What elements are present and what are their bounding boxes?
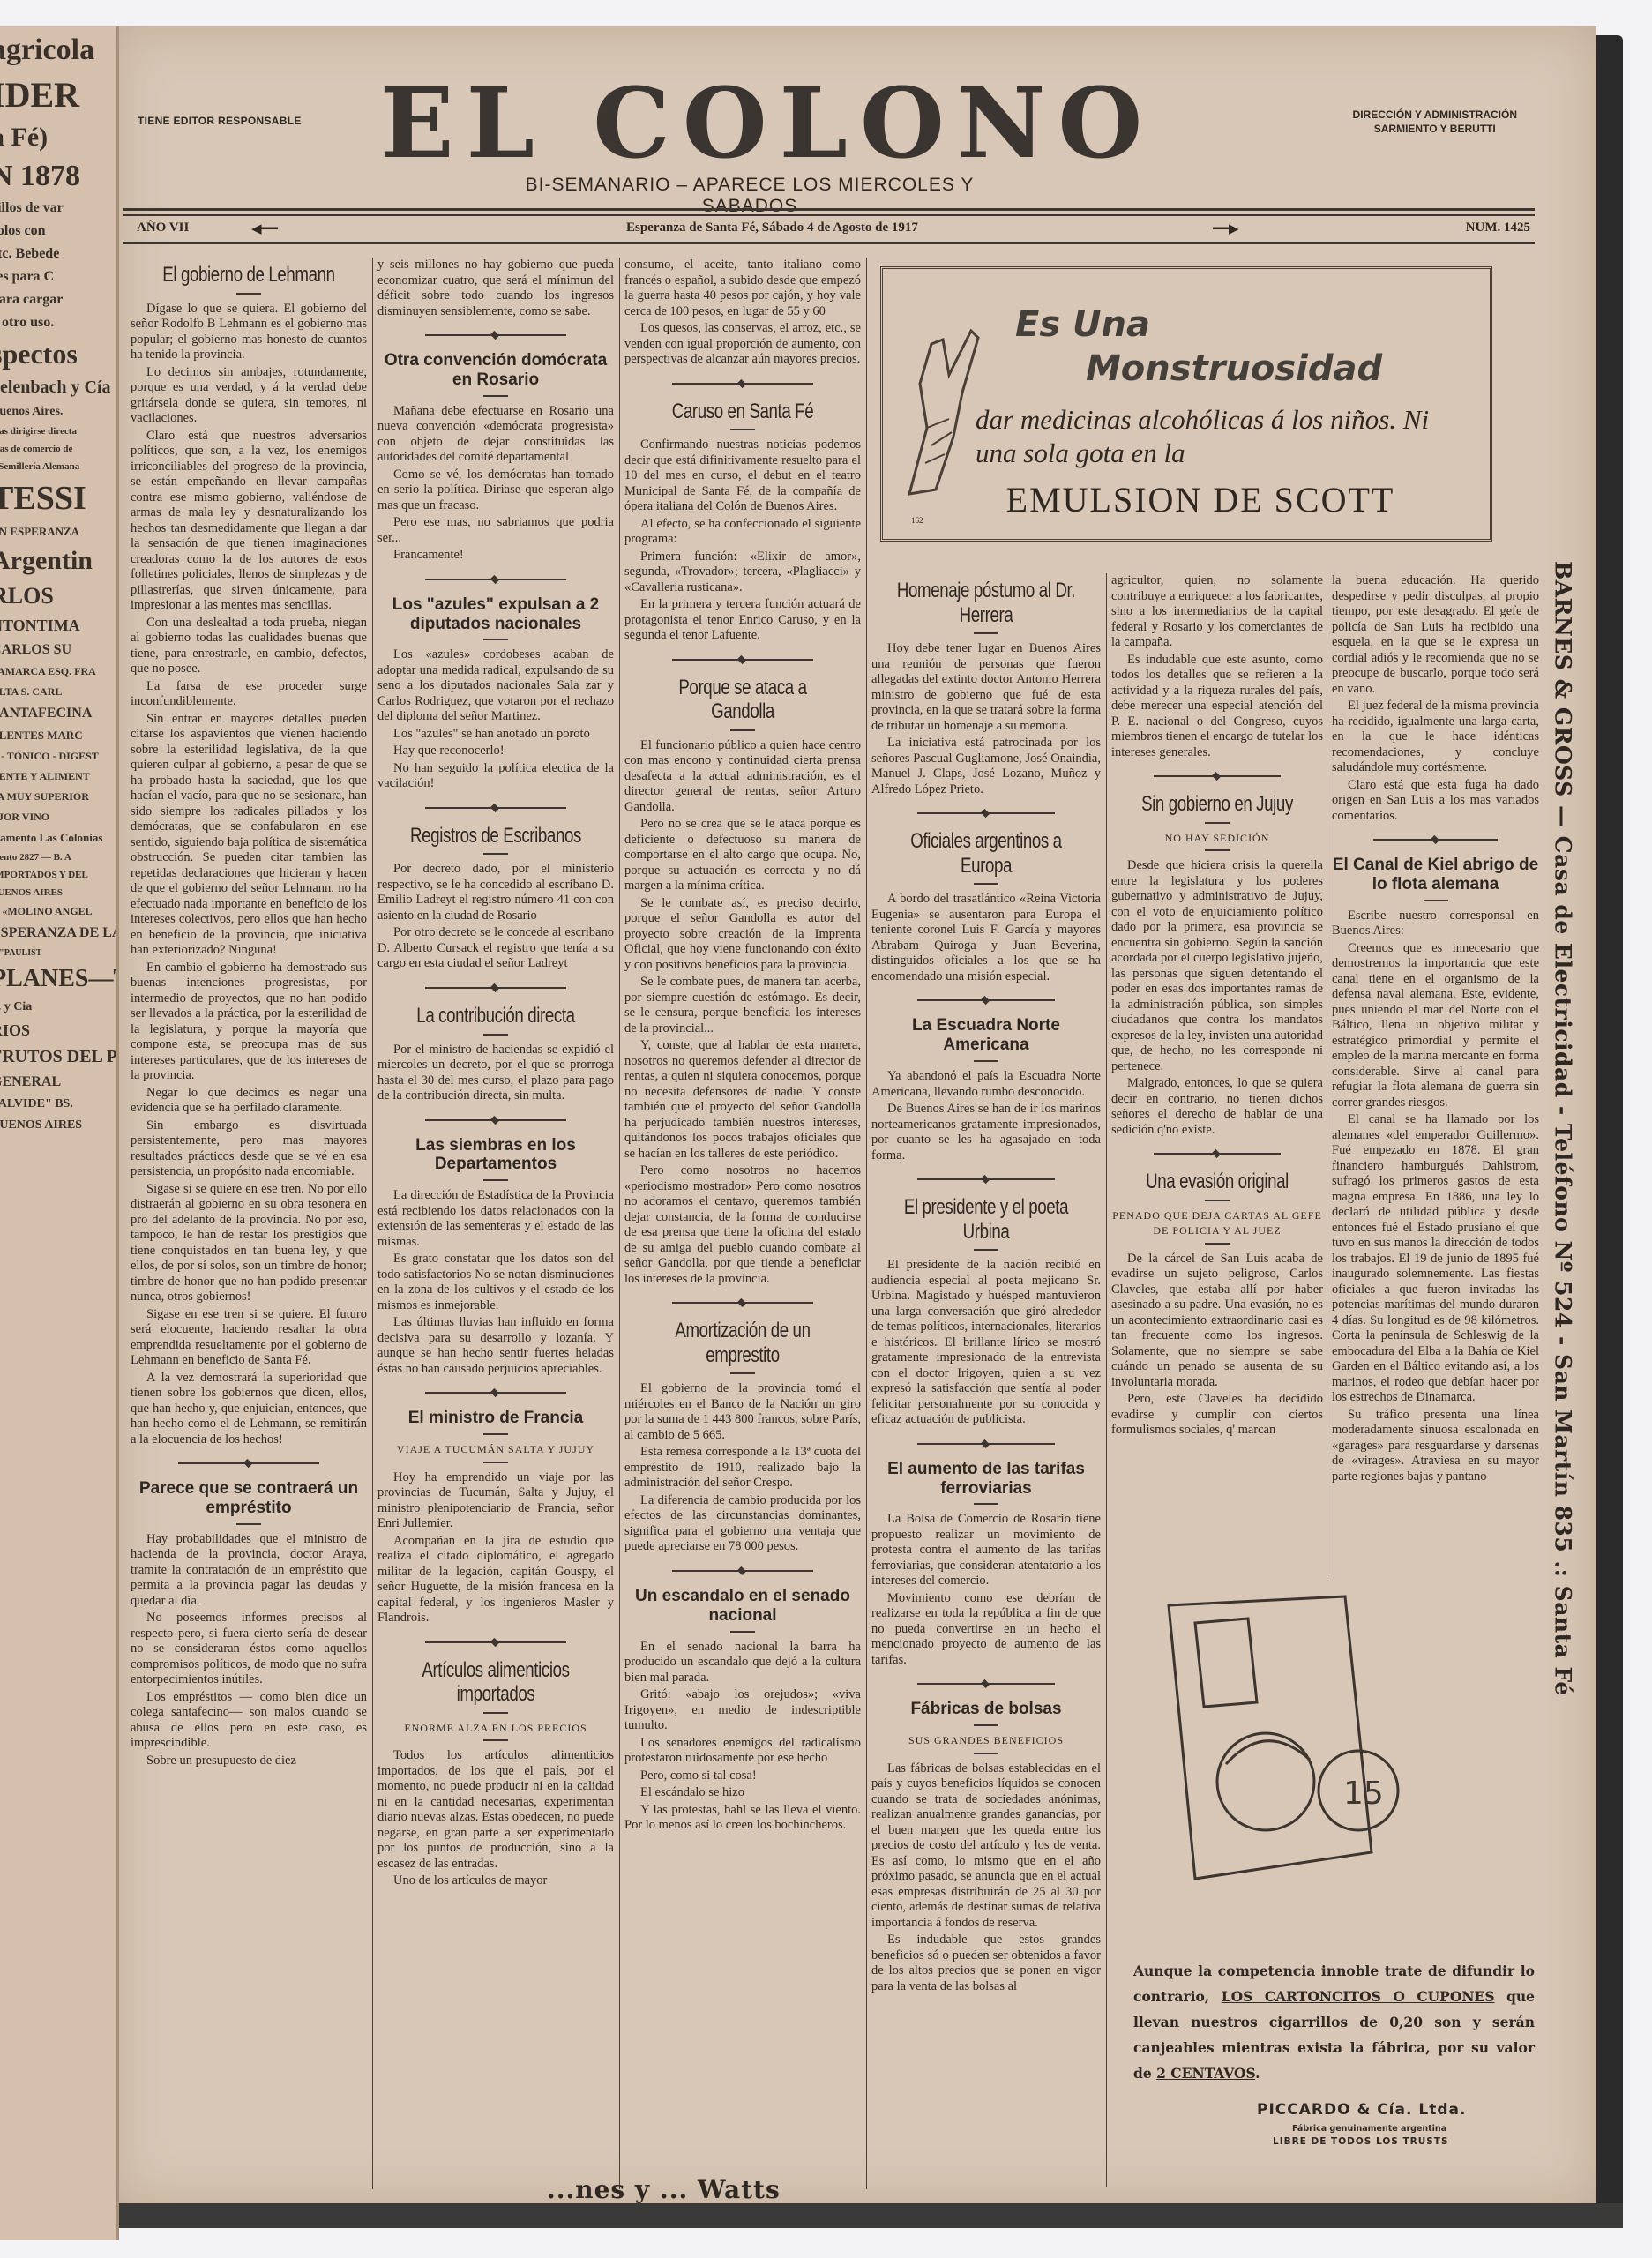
article-headline: Una evasión original: [1134, 1170, 1299, 1194]
article: Parece que se contraerá un empréstitoHay…: [131, 1460, 367, 1768]
article-paragraph: El gobierno de la provincia tomó el miér…: [624, 1381, 861, 1443]
ad-copy-underlined: LOS CARTONCITOS O CUPONES: [1222, 1988, 1495, 2005]
previous-page-fragment: spectos: [0, 338, 116, 370]
article-paragraph: Con una deslealtad a toda prueba, niegan…: [131, 616, 367, 677]
article-paragraph: Se le combate pues, de manera tan acerba…: [624, 975, 861, 1036]
previous-page-fragment: RLOS: [0, 583, 116, 609]
ornament-divider: [425, 1639, 567, 1646]
column-6: la buena educación. Ha querido despedirs…: [1332, 573, 1539, 1486]
article-paragraph: Claro está que nuestros adversarios polí…: [131, 429, 367, 614]
arrow-left-icon: ◀━━: [251, 221, 278, 237]
article: Una evasión originalPENADO QUE DEJA CART…: [1111, 1150, 1323, 1439]
article: Registros de EscribanosPor decreto dado,…: [377, 804, 614, 972]
ad-headline-2: Monstruosidad: [1086, 348, 1382, 389]
article-headline: Un escandalo en el senado nacional: [624, 1587, 861, 1626]
ornament-divider: [425, 332, 567, 339]
previous-page-fragment: rtamento Las Colonias: [0, 831, 116, 845]
article-paragraph: Pero, este Claveles ha decidido evadirse…: [1111, 1392, 1323, 1439]
administration-address: SARMIENTO Y BERUTTI: [1353, 122, 1517, 136]
column-5: agricultor, quien, no solamente contribu…: [1111, 573, 1323, 1440]
ornament-divider: [425, 804, 567, 811]
article: La contribución directaPor el ministro d…: [377, 984, 614, 1104]
cigarette-pack-illustration-icon: 15: [1142, 1588, 1442, 1888]
article: El aumento de las tarifas ferroviariasLa…: [871, 1440, 1101, 1669]
article-paragraph: Esta remesa corresponde a la 13ª cuota d…: [624, 1445, 861, 1492]
article-paragraph: El canal se ha llamado por los alemanes …: [1332, 1112, 1539, 1406]
issue-number: NUM. 1425: [1466, 221, 1530, 236]
ad-copy: Aunque la competencia innoble trate de d…: [1133, 1958, 1535, 2086]
article-paragraph: Es indudable que este asunto, como todos…: [1111, 653, 1323, 761]
article-subheadline: SUS GRANDES BENEFICIOS: [871, 1733, 1101, 1749]
article-paragraph: Por otro decreto se le concede al escrib…: [377, 925, 614, 972]
previous-page-fragment: asas de comercio de: [0, 444, 116, 454]
article: Homenaje póstumo al Dr. HerreraHoy debe …: [871, 579, 1101, 797]
article-paragraph: La iniciativa está patrocinada por los s…: [871, 736, 1101, 797]
article-paragraph: La diferencia de cambio producida por lo…: [624, 1493, 861, 1555]
article-paragraph: Sin entrar en mayores detalles pueden ci…: [131, 712, 367, 959]
ornament-divider: [425, 1117, 567, 1124]
article-headline: El presidente y el poeta Urbina: [897, 1195, 1076, 1244]
cut-off-footer-ad: ...nes y ... Watts: [547, 2175, 781, 2204]
article-paragraph: Por decreto dado, por el ministerio resp…: [377, 862, 614, 923]
article-paragraph: Los empréstitos — como bien dice un cole…: [131, 1690, 367, 1752]
article-headline: Homenaje póstumo al Dr. Herrera: [897, 579, 1076, 627]
article-paragraph: Pero no se crea que se le ataca porque e…: [624, 817, 861, 894]
previous-page-fragment: a Semillería Alemana: [0, 461, 116, 472]
previous-page-fragment: a Fé): [0, 123, 116, 153]
newspaper-title: EL COLONO: [379, 71, 1155, 176]
ornament-divider: [917, 810, 1055, 817]
editor-note: TIENE EDITOR RESPONSABLE: [138, 115, 302, 127]
article: La Escuadra Norte AmericanaYa abandonó e…: [871, 997, 1101, 1163]
article-paragraph: La farsa de ese proceder surge inconfund…: [131, 679, 367, 710]
headline-dash: [1205, 1200, 1230, 1201]
column-1: El gobierno de LehmannDígase lo que se q…: [131, 258, 367, 1770]
article-headline: Artículos alimenticios importados: [403, 1658, 587, 1707]
previous-page-fragment: BUENOS AIRES: [0, 887, 116, 898]
article: El gobierno de LehmannDígase lo que se q…: [131, 263, 367, 1447]
article-headline: Los "azules" expulsan a 2 diputados naci…: [377, 595, 614, 634]
article-paragraph: El escándalo se hizo: [624, 1785, 861, 1801]
previous-page-fragment: EN ESPERANZA: [0, 525, 116, 539]
article-paragraph: De la cárcel de San Luis acaba de evadir…: [1111, 1252, 1323, 1391]
ornament-divider: [917, 1440, 1055, 1447]
article-paragraph: Es indudable que estos grandes beneficio…: [871, 1933, 1101, 1994]
article-paragraph: Hay probabilidades que el ministro de ha…: [131, 1532, 367, 1610]
article-paragraph: Por el ministro de haciendas se expidió …: [377, 1043, 614, 1104]
article-headline: La contribución directa: [403, 1004, 587, 1028]
article-paragraph: la buena educación. Ha querido despedirs…: [1332, 573, 1539, 697]
barnes-gross-vertical-ad: BARNES & GROSS — Casa de Electricidad - …: [1536, 335, 1589, 1923]
ornament-divider: [672, 1299, 814, 1306]
article-paragraph: El presidente de la nación recibió en au…: [871, 1258, 1101, 1428]
article: Las siembras en los DepartamentosLa dire…: [377, 1117, 614, 1378]
article-paragraph: Los quesos, las conservas, el arroz, etc…: [624, 321, 861, 368]
article-paragraph: A la vez demostrará la superioridad que …: [131, 1371, 367, 1448]
article-paragraph: Lo decimos sin ambajes, rotundamente, po…: [131, 365, 367, 427]
article-paragraph: Es grato constatar que los datos son del…: [377, 1252, 614, 1313]
previous-page-fragment: BUENOS AIRES: [0, 1118, 116, 1133]
previous-page-fragment: FRUTOS DEL P: [0, 1047, 116, 1067]
headline-dash: [974, 1060, 998, 1062]
headline-dash: [974, 632, 998, 634]
column-divider: [1327, 573, 1327, 1579]
column-2: y seis millones no hay gobierno que pued…: [377, 258, 614, 1891]
article-headline: Caruso en Santa Fé: [650, 400, 834, 424]
article: El ministro de FranciaVIAJE A TUCUMÁN SA…: [377, 1389, 614, 1626]
article-paragraph: Sin embargo es disvirtuada persistenteme…: [131, 1118, 367, 1180]
article-paragraph: Sobre un presupuesto de diez: [131, 1753, 367, 1769]
headline-dash: [730, 1372, 755, 1374]
ornament-divider: [425, 1389, 567, 1396]
article-paragraph: Movimiento como ese debrían de realizars…: [871, 1591, 1101, 1669]
article-headline: Fábricas de bolsas: [871, 1700, 1101, 1719]
headline-dash: [236, 293, 261, 295]
article-paragraph: Se le combate así, es preciso decirlo, p…: [624, 896, 861, 974]
article-paragraph: Sigase si se quiere en ese tren. No por …: [131, 1182, 367, 1305]
column-3: consumo, el aceite, tanto italiano como …: [624, 258, 861, 1836]
article-paragraph: En la primera y tercera función actuará …: [624, 597, 861, 644]
article-paragraph: En cambio el gobierno ha demostrado sus …: [131, 961, 367, 1084]
article-paragraph: Malgrado, entonces, lo que se quiera dec…: [1111, 1076, 1323, 1138]
ornament-divider: [672, 1567, 814, 1574]
ad-number: 162: [911, 516, 923, 525]
binding-bottom-edge: [115, 2203, 1623, 2228]
article-paragraph: Hoy ha emprendido un viaje por las provi…: [377, 1470, 614, 1532]
article-paragraph: Primera función: «Elixir de amor», segun…: [624, 550, 861, 596]
article-paragraph: Las últimas lluvias han influido en form…: [377, 1315, 614, 1377]
article-paragraph: Pero, como si tal cosa!: [624, 1768, 861, 1784]
firm-tagline-2: LIBRE DE TODOS LOS TRUSTS: [1273, 2136, 1449, 2147]
article-headline: Registros de Escribanos: [403, 824, 587, 849]
article-paragraph: A bordo del trasatlántico «Reina Victori…: [871, 892, 1101, 984]
article: Amortización de un emprestitoEl gobierno…: [624, 1299, 861, 1555]
vertical-ad-text: BARNES & GROSS — Casa de Electricidad - …: [1551, 335, 1576, 1923]
ornament-divider: [672, 380, 814, 387]
article-paragraph: Todos los artículos alimenticios importa…: [377, 1748, 614, 1872]
article-paragraph: Las fábricas de bolsas establecidas en e…: [871, 1761, 1101, 1932]
column-divider: [1106, 573, 1107, 2187]
article-paragraph: Los "azules" se han anotado un poroto: [377, 727, 614, 743]
previous-page-fragment: cillos de var: [0, 200, 116, 216]
previous-page-fragment: E - TÓNICO - DIGEST: [0, 750, 116, 763]
previous-page-fragment: IMPORTADOS Y DEL: [0, 870, 116, 880]
ad-body: dar medicinas alcohólicas á los niños. N…: [976, 403, 1469, 470]
headline-dash: [483, 1179, 508, 1181]
article: consumo, el aceite, tanto italiano como …: [624, 258, 861, 368]
previous-page-fragment: O «MOLINO ANGEL: [0, 905, 116, 918]
article-paragraph: consumo, el aceite, tanto italiano como …: [624, 258, 861, 319]
article-paragraph: Y las protestas, bahl se las lleva el vi…: [624, 1803, 861, 1834]
ornament-divider: [917, 1176, 1055, 1183]
previous-page-fragment: TESSI: [0, 479, 116, 518]
previous-page-fragment: NTONTIMA: [0, 617, 116, 635]
previous-page-fragment: para cargar: [0, 292, 116, 308]
firm-tagline-1: Fábrica genuinamente argentina: [1292, 2124, 1446, 2134]
article-paragraph: La dirección de Estadística de la Provin…: [377, 1188, 614, 1250]
headline-dash: [483, 395, 508, 397]
previous-page-fragment: etc. Bebede: [0, 246, 116, 262]
article-headline: Las siembras en los Departamentos: [377, 1136, 614, 1175]
dateline-rule: [123, 242, 1535, 244]
previous-page-fragment: IDER: [0, 74, 116, 116]
ornament-divider: [917, 997, 1055, 1004]
ornament-divider: [425, 984, 567, 991]
article-headline: El aumento de las tarifas ferroviarias: [871, 1460, 1101, 1499]
year-label: AÑO VII: [137, 221, 189, 236]
article: Fábricas de bolsasSUS GRANDES BENEFICIOS…: [871, 1680, 1101, 1994]
firm-name: PICCARDO & Cía. Ltda.: [1257, 2101, 1466, 2119]
article: El presidente y el poeta UrbinaEl presid…: [871, 1176, 1101, 1428]
article: la buena educación. Ha querido despedirs…: [1332, 573, 1539, 824]
article-paragraph: Francamente!: [377, 548, 614, 564]
article-paragraph: Hay que reconocerlo!: [377, 744, 614, 759]
column-4: Homenaje póstumo al Dr. HerreraHoy debe …: [871, 573, 1101, 1996]
previous-page-fragment: RIOS: [0, 1021, 116, 1040]
previous-page-fragment: GENERAL: [0, 1074, 116, 1090]
article-paragraph: y seis millones no hay gobierno que pued…: [377, 258, 614, 319]
previous-page-fragment: É "PAULIST: [0, 948, 116, 958]
headline-dash: [1205, 822, 1230, 824]
headline-dash: [483, 1462, 508, 1463]
article-paragraph: Los «azules» cordobeses acaban de adopta…: [377, 647, 614, 725]
previous-page-fragment: illas dirigirse directa: [0, 426, 116, 437]
headline-dash: [483, 1739, 508, 1741]
article-paragraph: No han seguido la política electica de l…: [377, 761, 614, 792]
article: Artículos alimenticios importadosENORME …: [377, 1639, 614, 1889]
headline-dash: [730, 729, 755, 731]
ornament-divider: [1373, 836, 1498, 843]
previous-page-fragment: ALTA S. CARL: [0, 685, 116, 699]
headline-dash: [483, 639, 508, 640]
article-paragraph: Mañana debe efectuarse en Rosario una nu…: [377, 404, 614, 466]
article-headline: La Escuadra Norte Americana: [871, 1016, 1101, 1055]
article: Oficiales argentinos a EuropaA bordo del…: [871, 810, 1101, 984]
article-headline: Otra convención domócrata en Rosario: [377, 351, 614, 390]
masthead-rule: [123, 208, 1535, 216]
ornament-divider: [672, 656, 814, 663]
article-paragraph: Pero como nosotros no hacemos «periodism…: [624, 1163, 861, 1287]
article-paragraph: Gritó: «abajo los orejudos»; «viva Irigo…: [624, 1687, 861, 1734]
article-headline: Oficiales argentinos a Europa: [897, 829, 1076, 878]
headline-dash: [974, 1503, 998, 1505]
previous-page-fragment: rolos con: [0, 223, 116, 239]
article-headline: Amortización de un emprestito: [650, 1319, 834, 1367]
previous-page-fragment: Buenos Aires.: [0, 405, 116, 419]
ornament-divider: [178, 1460, 320, 1467]
article-subheadline: PENADO QUE DEJA CARTAS AL GEFE DE POLICI…: [1111, 1208, 1323, 1239]
arrow-right-icon: ━━▶: [1213, 221, 1239, 237]
article-subheadline: NO HAY SEDICIÓN: [1111, 831, 1323, 847]
ad-headline-1: Es Una: [1015, 304, 1150, 345]
ornament-divider: [1154, 773, 1281, 780]
ornament-divider: [917, 1680, 1055, 1687]
previous-page-fragment: ESPERANZA DE LA: [0, 925, 116, 941]
article-paragraph: Al efecto, se ha confeccionado el siguie…: [624, 517, 861, 548]
svg-text:15: 15: [1343, 1776, 1384, 1812]
article-headline: Parece que se contraerá un empréstito: [131, 1479, 367, 1518]
article-paragraph: Creemos que es innecesario que demostrem…: [1332, 941, 1539, 1111]
column-divider: [372, 258, 373, 2189]
column-divider: [866, 258, 867, 2189]
masthead: TIENE EDITOR RESPONSABLE EL COLONO DIREC…: [123, 53, 1544, 203]
previous-page-fragment: PLANES—Teléfono No: [0, 965, 116, 993]
article-paragraph: Sigase en ese tren si se quiere. El futu…: [131, 1307, 367, 1369]
previous-page-fragment: S. y Cia: [0, 1000, 116, 1014]
previous-page-fragment: niento 2827 — B. A: [0, 852, 116, 863]
previous-page-fragment: "ALVIDE" BS.: [0, 1097, 116, 1111]
previous-page-fragment: ELENTES MARC: [0, 729, 116, 743]
pointing-hand-icon: [901, 322, 980, 498]
article-headline: Sin gobierno en Jujuy: [1134, 792, 1299, 817]
place-date: Esperanza de Santa Fé, Sábado 4 de Agost…: [626, 221, 918, 236]
previous-page-fragment: TAMARCA ESQ. FRA: [0, 665, 116, 678]
previous-page-fragment: YENTE Y ALIMENT: [0, 770, 116, 783]
headline-dash: [974, 1753, 998, 1754]
article: y seis millones no hay gobierno que pued…: [377, 258, 614, 319]
previous-page-fragment: SANTAFECINA: [0, 706, 116, 722]
article-subheadline: VIAJE A TUCUMÁN SALTA Y JUJUY: [377, 1442, 614, 1458]
article-paragraph: El funcionario público a quien hace cent…: [624, 738, 861, 816]
column-divider: [619, 258, 620, 2189]
emulsion-scott-ad: Es Una Monstruosidad dar medicinas alcoh…: [880, 266, 1492, 542]
ad-copy-value: 2 CENTAVOS: [1156, 2065, 1255, 2082]
article: agricultor, quien, no solamente contribu…: [1111, 573, 1323, 760]
headline-dash: [1205, 1243, 1230, 1245]
headline-dash: [1205, 849, 1230, 851]
article: Un escandalo en el senado nacionalEn el …: [624, 1567, 861, 1834]
article-paragraph: Su tráfico presenta una línea moderadame…: [1332, 1408, 1539, 1485]
article-headline: El ministro de Francia: [377, 1409, 614, 1428]
headline-dash: [1424, 900, 1448, 901]
headline-dash: [483, 853, 508, 855]
article-paragraph: Negar lo que decimos es negar una eviden…: [131, 1086, 367, 1117]
article-paragraph: El juez federal de la misma provincia ha…: [1332, 699, 1539, 776]
previous-page-fragment: ses para C: [0, 269, 116, 285]
article: Los "azules" expulsan a 2 diputados naci…: [377, 576, 614, 792]
article-headline: El gobierno de Lehmann: [156, 263, 340, 288]
article-paragraph: Dígase lo que se quiera. El gobierno del…: [131, 302, 367, 363]
ornament-divider: [1154, 1150, 1281, 1157]
headline-dash: [236, 1523, 261, 1525]
article: Porque se ataca a GandollaEl funcionario…: [624, 656, 861, 1288]
administration-label: DIRECCIÓN Y ADMINISTRACIÓN: [1353, 108, 1517, 122]
article-paragraph: Claro está que esta fuga ha dado origen …: [1332, 778, 1539, 825]
headline-dash: [974, 1724, 998, 1726]
article-paragraph: Desde que hiciera crisis la querella ent…: [1111, 858, 1323, 1074]
article-paragraph: No poseemos informes precisos al respect…: [131, 1611, 367, 1688]
article-subheadline: ENORME ALZA EN LOS PRECIOS: [377, 1721, 614, 1737]
previous-page-fragment: aelenbach y Cía: [0, 378, 116, 398]
article-headline: Porque se ataca a Gandolla: [650, 676, 834, 724]
article-paragraph: Confirmando nuestras noticias podemos de…: [624, 437, 861, 515]
article-paragraph: Escribe nuestro corresponsal en Buenos A…: [1332, 908, 1539, 939]
previous-page-fragment: N 1878: [0, 160, 116, 193]
previous-page-fragment: y otro uso.: [0, 315, 116, 331]
headline-dash: [974, 883, 998, 885]
article-paragraph: Los senadores enemigos del radicalismo p…: [624, 1736, 861, 1767]
article-paragraph: Pero ese mas, no sabriamos que podria se…: [377, 515, 614, 546]
previous-page-fragment: CARLOS SU: [0, 642, 116, 658]
headline-dash: [974, 1249, 998, 1251]
article-paragraph: Hoy debe tener lugar en Buenos Aires una…: [871, 641, 1101, 734]
article-paragraph: Acompañan en la jira de estudio que real…: [377, 1534, 614, 1626]
ad-brand: EMULSION DE SCOTT: [918, 479, 1483, 520]
article-paragraph: La Bolsa de Comercio de Rosario tiene pr…: [871, 1512, 1101, 1589]
article-paragraph: Y, conste, que al hablar de esta manera,…: [624, 1038, 861, 1162]
administration-note: DIRECCIÓN Y ADMINISTRACIÓN SARMIENTO Y B…: [1353, 108, 1517, 136]
headline-dash: [730, 1631, 755, 1633]
article: Caruso en Santa FéConfirmando nuestras n…: [624, 380, 861, 644]
ornament-divider: [425, 576, 567, 583]
article-paragraph: Ya abandonó el país la Escuadra Norte Am…: [871, 1069, 1101, 1100]
article: El Canal de Kiel abrigo de lo flota alem…: [1332, 836, 1539, 1484]
article-paragraph: agricultor, quien, no solamente contribu…: [1111, 573, 1323, 651]
article-paragraph: En el senado nacional la barra ha produc…: [624, 1640, 861, 1686]
article: Sin gobierno en JujuyNO HAY SEDICIÓNDesd…: [1111, 773, 1323, 1138]
piccardo-cigarette-ad: 15 Aunque la competencia innoble trate d…: [1125, 1579, 1539, 2196]
article-paragraph: Como se vé, los demócratas han tomado en…: [377, 467, 614, 514]
headline-dash: [483, 1034, 508, 1036]
article-paragraph: De Buenos Aires se han de ir los marinos…: [871, 1102, 1101, 1163]
previous-page-edge: agricolaIDERa Fé)N 1878cillos de varrolo…: [0, 26, 119, 2240]
article-paragraph: Uno de los artículos de mayor: [377, 1873, 614, 1889]
article: Otra convención domócrata en RosarioMaña…: [377, 332, 614, 564]
article-headline: El Canal de Kiel abrigo de lo flota alem…: [1332, 856, 1539, 894]
previous-page-fragment: agricola: [0, 34, 116, 67]
previous-page-fragment: SA MUY SUPERIOR: [0, 790, 116, 804]
previous-page-fragment: EJOR VINO: [0, 811, 116, 824]
previous-page-fragment: Argentin: [0, 546, 116, 576]
headline-dash: [483, 1712, 508, 1714]
headline-dash: [483, 1433, 508, 1435]
headline-dash: [730, 429, 755, 430]
